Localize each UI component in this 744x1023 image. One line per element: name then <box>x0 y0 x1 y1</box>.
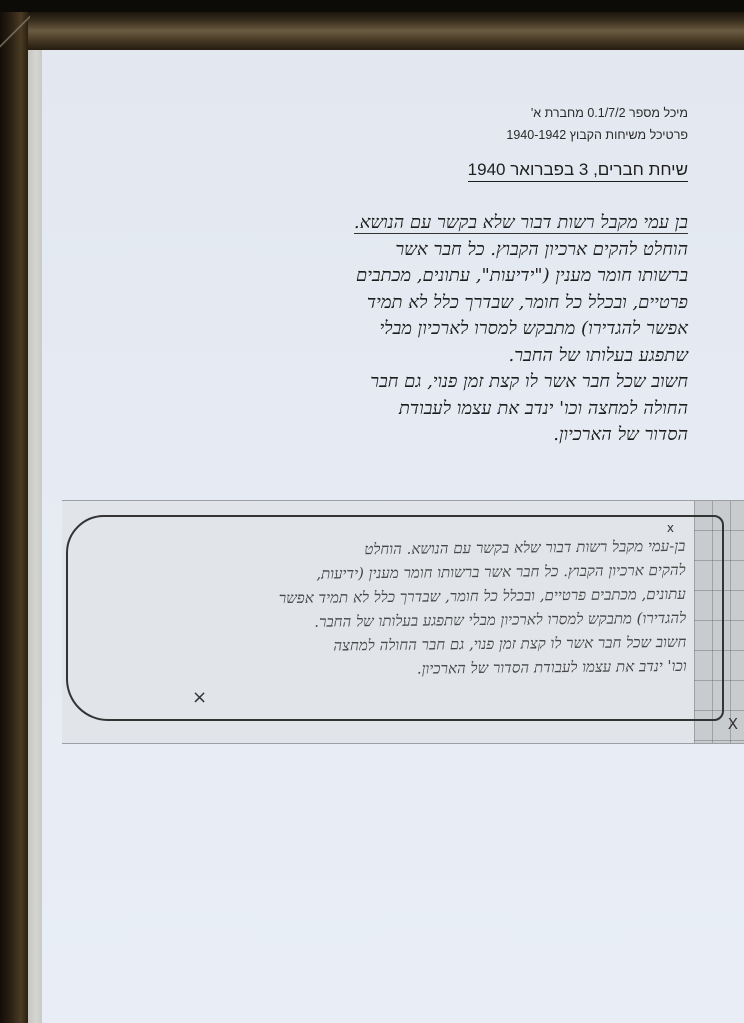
transcription-line: חשוב שכל חבר אשר לו קצת זמן פנוי, גם חבר <box>168 369 688 396</box>
document-page: מיכל מספר 0.1/7/2 מחברת א' פרטיכל משיחות… <box>42 50 744 1023</box>
transcription-line: ברשותו חומר מענין ("ידיעות", עתונים, מכת… <box>168 263 688 290</box>
meeting-title: שיחת חברים, 3 בפברואר 1940 <box>468 160 688 182</box>
archive-file-reference: מיכל מספר 0.1/7/2 מחברת א' <box>531 106 688 120</box>
cross-mark-icon: x <box>667 521 674 535</box>
transcription-line: אפשר להגדירו) מתבקש למסרו לארכיון מבלי <box>168 316 688 343</box>
mat-board-edge <box>28 50 42 1023</box>
frame-top-edge <box>0 12 744 50</box>
handwritten-text: בן-עמי מקבל רשות דבור שלא בקשר עם הנושא.… <box>85 534 686 684</box>
transcription-line: פרטיים, ובכלל כל חומר, שבדרך כלל לא תמיד <box>168 290 688 317</box>
typed-transcription: בן עמי מקבל רשות דבור שלא בקשר עם הנושא.… <box>168 210 688 449</box>
cross-mark-icon: X <box>728 715 738 733</box>
frame-corner-joint <box>0 12 30 52</box>
cross-mark-icon: × <box>192 687 207 708</box>
protocol-subtitle: פרטיכל משיחות הקבוץ 1940-1942 <box>506 128 688 142</box>
transcription-line: הוחלט להקים ארכיון הקבוץ. כל חבר אשר <box>168 237 688 264</box>
photo-stage: מיכל מספר 0.1/7/2 מחברת א' פרטיכל משיחות… <box>0 0 744 1023</box>
frame-left-edge <box>0 12 28 1023</box>
transcription-line: הסדור של הארכיון. <box>168 422 688 449</box>
transcription-line: החולה למחצה וכו' ינדב את עצמו לעבודת <box>168 396 688 423</box>
handwritten-original-photocopy: בן-עמי מקבל רשות דבור שלא בקשר עם הנושא.… <box>62 500 744 744</box>
transcription-line: בן עמי מקבל רשות דבור שלא בקשר עם הנושא. <box>168 210 688 237</box>
transcription-line: שתפגע בעלותו של החבר. <box>168 343 688 370</box>
